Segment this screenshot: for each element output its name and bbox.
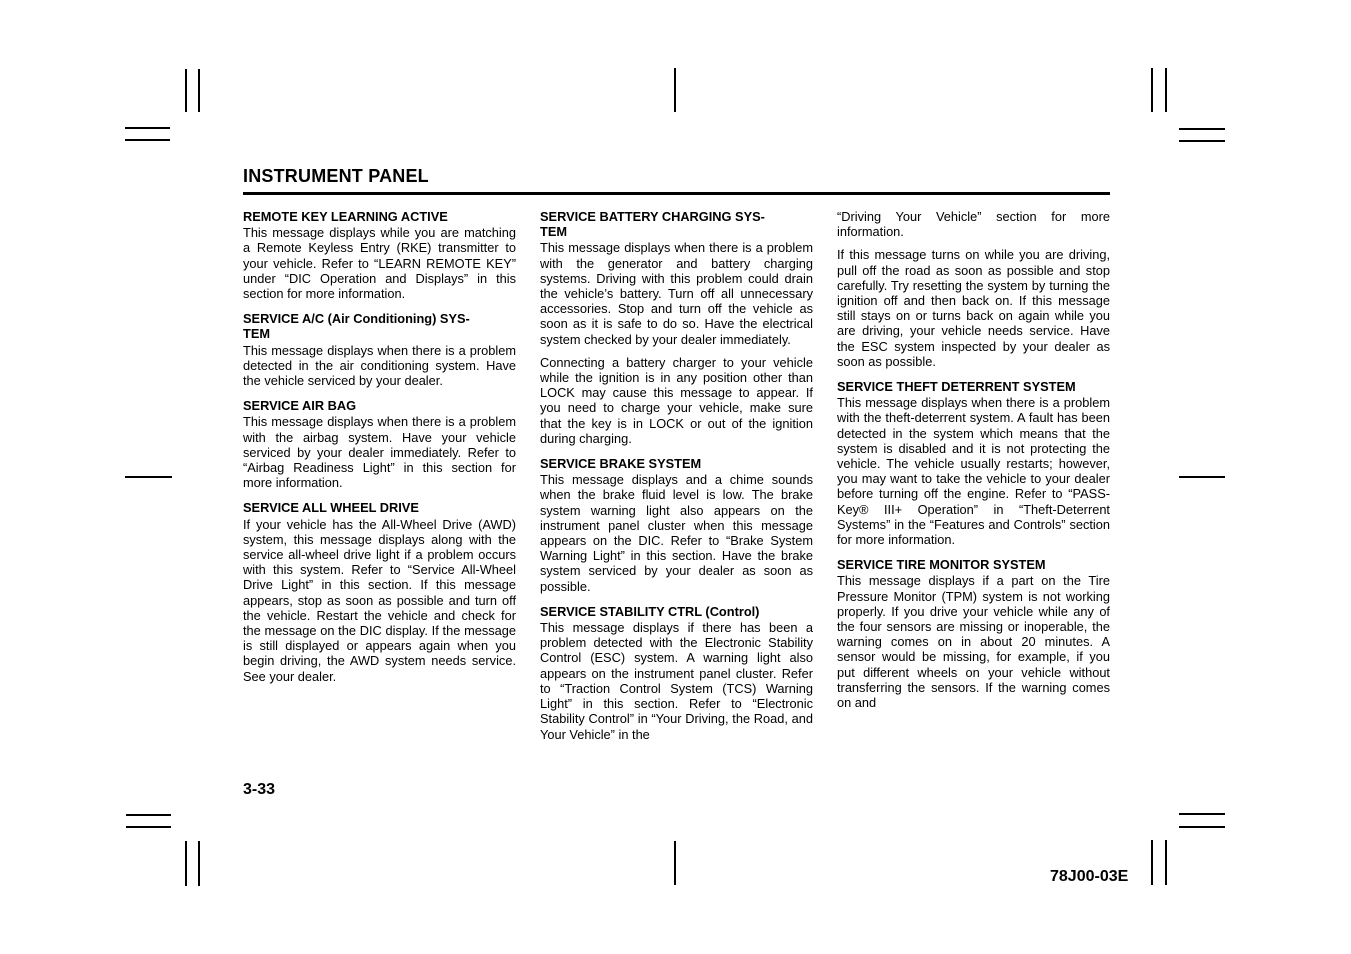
crop-mark-line: [1165, 840, 1167, 885]
crop-mark-line: [125, 476, 172, 478]
heading-service-brake-system: SERVICE BRAKE SYSTEM: [540, 456, 813, 471]
title-rule: [243, 192, 1110, 195]
heading-service-stability-ctrl: SERVICE STABILITY CTRL (Control): [540, 604, 813, 619]
crop-mark-line: [185, 841, 187, 886]
crop-mark-line: [126, 826, 171, 828]
paragraph: This message displays when there is a pr…: [837, 395, 1110, 547]
crop-mark-line: [126, 814, 171, 816]
crop-mark-line: [674, 68, 676, 112]
crop-mark-line: [1151, 840, 1153, 885]
paragraph: If this message turns on while you are d…: [837, 247, 1110, 369]
paragraph: If your vehicle has the All-Wheel Drive …: [243, 517, 516, 684]
column-2: SERVICE BATTERY CHARGING SYS- TEM This m…: [540, 209, 813, 750]
heading-service-tire-monitor-system: SERVICE TIRE MONITOR SYSTEM: [837, 557, 1110, 572]
content-area: INSTRUMENT PANEL REMOTE KEY LEARNING ACT…: [243, 166, 1110, 750]
crop-mark-line: [674, 841, 676, 885]
paragraph: This message displays while you are matc…: [243, 225, 516, 301]
page-number: 3-33: [243, 781, 275, 799]
crop-mark-line: [1165, 68, 1167, 112]
crop-mark-line: [1179, 140, 1225, 142]
paragraph: This message displays when there is a pr…: [540, 240, 813, 346]
paragraph: This message displays if a part on the T…: [837, 573, 1110, 710]
crop-mark-line: [198, 69, 200, 112]
heading-remote-key-learning-active: REMOTE KEY LEARNING ACTIVE: [243, 209, 516, 224]
crop-mark-line: [125, 127, 170, 129]
column-1: REMOTE KEY LEARNING ACTIVE This message …: [243, 209, 516, 750]
paragraph: This message displays when there is a pr…: [243, 343, 516, 389]
paragraph: This message displays if there has been …: [540, 620, 813, 742]
heading-service-air-bag: SERVICE AIR BAG: [243, 398, 516, 413]
crop-mark-line: [1151, 68, 1153, 112]
column-3: “Driving Your Vehicle” section for more …: [837, 209, 1110, 750]
manual-page: INSTRUMENT PANEL REMOTE KEY LEARNING ACT…: [0, 0, 1351, 954]
crop-mark-line: [1179, 128, 1225, 130]
paragraph: This message displays when there is a pr…: [243, 414, 516, 490]
crop-mark-line: [125, 139, 170, 141]
section-title: INSTRUMENT PANEL: [243, 166, 1110, 187]
document-code: 78J00-03E: [1050, 868, 1128, 886]
heading-service-ac-system: SERVICE A/C (Air Conditioning) SYS- TEM: [243, 311, 516, 341]
heading-service-all-wheel-drive: SERVICE ALL WHEEL DRIVE: [243, 500, 516, 515]
paragraph: Connecting a battery charger to your veh…: [540, 355, 813, 446]
crop-mark-line: [185, 69, 187, 112]
paragraph: This message displays and a chime sounds…: [540, 472, 813, 594]
crop-mark-line: [198, 841, 200, 886]
paragraph: “Driving Your Vehicle” section for more …: [837, 209, 1110, 239]
crop-mark-line: [1179, 826, 1225, 828]
heading-service-theft-deterrent-system: SERVICE THEFT DETERRENT SYSTEM: [837, 379, 1110, 394]
text-columns: REMOTE KEY LEARNING ACTIVE This message …: [243, 209, 1110, 750]
crop-mark-line: [1179, 476, 1225, 478]
heading-service-battery-charging-system: SERVICE BATTERY CHARGING SYS- TEM: [540, 209, 813, 239]
crop-mark-line: [1179, 813, 1225, 815]
